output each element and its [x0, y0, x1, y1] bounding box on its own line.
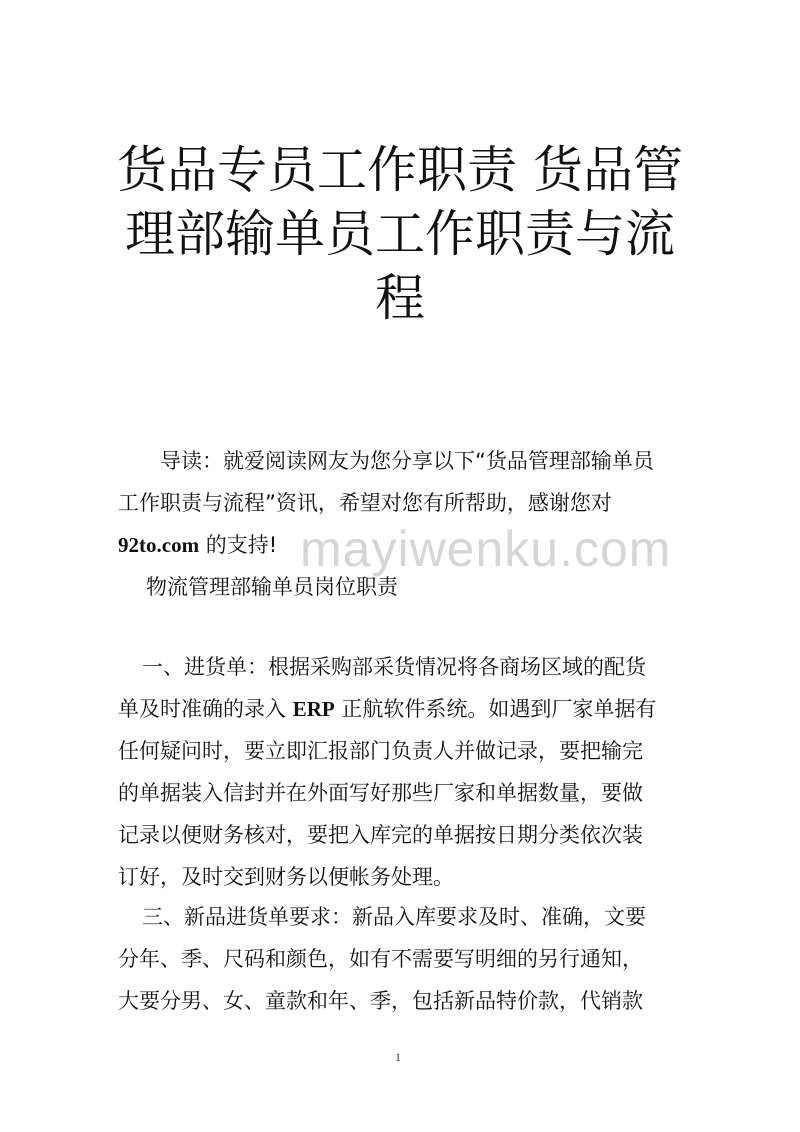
site-name: 92to.com — [118, 533, 199, 557]
section-heading: 物流管理部输单员岗位职责 — [118, 566, 678, 608]
p1-line-2: 单及时准确的录入 ERP 正航软件系统。如遇到厂家单据有 — [118, 688, 678, 730]
p2-line-2: 分年、季、尺码和颜色，如有不需要写明细的另行通知， — [118, 938, 678, 980]
title-line-1: 货品专员工作职责 货品管 — [110, 138, 690, 202]
page-number: 1 — [395, 1050, 401, 1065]
intro-line-3-rest: 的支持! — [199, 533, 277, 557]
p1-line-2b: 正航软件系统。如遇到厂家单据有 — [335, 697, 657, 721]
document-title: 货品专员工作职责 货品管 理部输单员工作职责与流 程 — [110, 138, 690, 330]
title-line-2: 理部输单员工作职责与流 — [110, 202, 690, 266]
p1-line-6: 订好，及时交到财务以便帐务处理。 — [118, 856, 678, 898]
intro-line-1: 导读：就爱阅读网友为您分享以下“货品管理部输单员 — [118, 440, 678, 482]
erp-text: ERP — [293, 697, 335, 721]
p2-line-1: 三、新品进货单要求：新品入库要求及时、准确，文要 — [118, 896, 678, 938]
p1-line-3: 任何疑问时，要立即汇报部门负责人并做记录，要把输完 — [118, 730, 678, 772]
intro-paragraph: 导读：就爱阅读网友为您分享以下“货品管理部输单员 工作职责与流程”资讯，希望对您… — [118, 440, 678, 608]
intro-line-3: 92to.com 的支持! — [118, 524, 678, 566]
p1-line-2a: 单及时准确的录入 — [118, 697, 293, 721]
p2-line-3: 大要分男、女、童款和年、季，包括新品特价款，代销款 — [118, 980, 678, 1022]
paragraph-2: 三、新品进货单要求：新品入库要求及时、准确，文要 分年、季、尺码和颜色，如有不需… — [118, 896, 678, 1022]
p1-line-4: 的单据装入信封并在外面写好那些厂家和单据数量，要做 — [118, 772, 678, 814]
title-line-3: 程 — [110, 266, 690, 330]
p1-line-5: 记录以便财务核对，要把入库完的单据按日期分类依次装 — [118, 814, 678, 856]
paragraph-1: 一、进货单：根据采购部采货情况将各商场区域的配货 单及时准确的录入 ERP 正航… — [118, 646, 678, 898]
intro-line-2: 工作职责与流程”资讯，希望对您有所帮助，感谢您对 — [118, 482, 678, 524]
p1-line-1: 一、进货单：根据采购部采货情况将各商场区域的配货 — [118, 646, 678, 688]
